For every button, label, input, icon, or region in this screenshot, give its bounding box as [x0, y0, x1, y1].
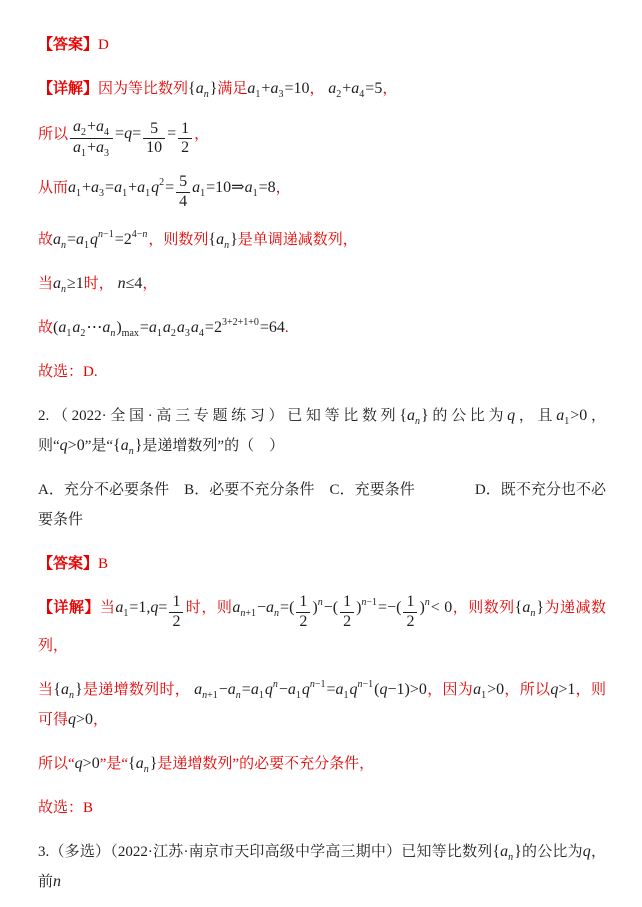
superscript: n	[318, 598, 323, 608]
subscript: 1	[81, 149, 86, 159]
subscript: n	[274, 609, 279, 619]
superscript: 4−n	[132, 230, 148, 240]
subscript: 1	[481, 691, 486, 701]
math-expression: {an}	[208, 231, 237, 248]
math-expression: an≥1	[53, 275, 84, 292]
text-run: 故选：D.	[38, 364, 98, 380]
text-run: ”是“	[100, 756, 128, 772]
math-expression: n≤4	[118, 275, 143, 292]
choice-q1: 故选：D.	[38, 357, 606, 387]
subscript: 1	[253, 189, 258, 199]
options-q2: A．充分不必要条件 B．必要不充分条件 C．充要条件 D．既不充分也不必要条件	[38, 475, 606, 535]
fraction: 510	[143, 120, 165, 158]
text-run: 3.（多选）（2022·江苏·南京市天印高级中学高三期中）已知等比数列	[38, 844, 492, 860]
subscript: n	[61, 285, 66, 295]
fraction: a2+a4a1+a3	[70, 118, 113, 159]
detail-q1-general-term: 故an=a1qn−1=24−n，则数列{an}是单调递减数列，	[38, 225, 606, 255]
text-run: 是递增数列”的（ ）	[142, 438, 284, 454]
text-run: ，	[93, 712, 108, 728]
math-expression: a1>0	[473, 681, 504, 698]
subscript: 1	[296, 691, 301, 701]
fraction: 12	[340, 593, 354, 631]
subscript: 3	[99, 189, 104, 199]
text-run: 的公比为	[429, 408, 507, 424]
fraction: 54	[176, 173, 190, 211]
math-expression: a1>0	[556, 407, 587, 424]
subscript: 3	[104, 149, 109, 159]
subscript: 1	[123, 609, 128, 619]
text-run: ”是“	[85, 438, 113, 454]
text-run: ，	[309, 81, 328, 97]
subscript: 1	[84, 241, 89, 251]
detail-q1-max: 故(a1a2⋯an)max=a1a2a3a4=23+2+1+0=64.	[38, 313, 606, 343]
subscript: n	[508, 853, 513, 863]
superscript: 3+2+1+0	[222, 318, 259, 328]
superscript: n	[425, 598, 430, 608]
text-run: ，	[142, 276, 157, 292]
choice-q2: 故选：B	[38, 793, 606, 823]
subscript: 3	[278, 90, 283, 100]
text-run: ，	[382, 81, 397, 97]
text-run: 故	[38, 232, 53, 248]
document-page: 【答案】D【详解】因为等比数列{an}满足a1+a3=10， a2+a4=5，所…	[0, 0, 642, 907]
detail-q1-condition: 当an≥1时， n≤4，	[38, 269, 606, 299]
subscript: n	[69, 691, 74, 701]
math-expression: a1=1,q=12	[115, 599, 185, 616]
subscript: n	[224, 241, 229, 251]
text-run: .	[285, 320, 289, 336]
subscript: max	[122, 329, 139, 339]
text-run: 的公比为	[522, 844, 583, 860]
superscript: 2	[159, 178, 164, 188]
math-expression: {an}	[188, 80, 217, 97]
text-run: 时，	[84, 276, 118, 292]
subscript: 1	[66, 329, 71, 339]
fraction: 12	[296, 593, 310, 631]
fraction: 12	[169, 593, 183, 631]
detail-q2-necessity: 当{an}是递增数列时， an+1−an=a1qn−a1qn−1=a1qn−1(…	[38, 675, 606, 735]
subscript: 4	[199, 329, 204, 339]
subscript: n	[415, 417, 420, 427]
subscript: 2	[80, 329, 85, 339]
section-label: 【答案】	[38, 37, 98, 53]
superscript: n−1	[98, 230, 114, 240]
superscript: n−1	[310, 680, 326, 690]
math-expression: n	[53, 873, 61, 890]
subscript: 1	[157, 329, 162, 339]
math-expression: {an}	[492, 843, 521, 860]
section-label: 【详解】	[38, 600, 100, 616]
answer-q1: 【答案】D	[38, 30, 606, 60]
section-label: 【详解】	[38, 81, 98, 97]
math-expression: an+1−an=a1qn−a1qn−1=a1qn−1(q−1)>0	[194, 681, 427, 698]
detail-q1-ratio: 所以a2+a4a1+a3=q=510=12，	[38, 118, 606, 159]
text-run: 故选：B	[38, 800, 93, 816]
subscript: 3	[185, 329, 190, 339]
text-run: 所以	[38, 126, 68, 142]
math-expression: q>0	[75, 755, 100, 772]
superscript: n−1	[358, 680, 374, 690]
subscript: 1	[564, 417, 569, 427]
text-run: 当	[38, 276, 53, 292]
text-run: D	[98, 37, 109, 53]
subscript: 1	[255, 90, 260, 100]
subscript: n	[61, 241, 66, 251]
text-run: ，则数列	[452, 600, 514, 616]
text-run: 当	[100, 600, 115, 616]
subscript: n	[530, 609, 535, 619]
math-expression: a2+a4=5	[328, 80, 382, 97]
math-expression: q	[507, 407, 515, 424]
math-expression: {an}	[399, 407, 428, 424]
text-run: 2.（2022·全国·高三专题练习）已知等比数列	[38, 408, 399, 424]
subscript: n	[236, 691, 241, 701]
text-run: 所以“	[38, 756, 75, 772]
math-expression: a1+a3=a1+a1q2=54a1=10⇒a1=8	[68, 179, 276, 196]
detail-q1-a1: 从而a1+a3=a1+a1q2=54a1=10⇒a1=8，	[38, 173, 606, 211]
text-run: 时，则	[185, 600, 232, 616]
text-run: ，所以	[504, 682, 550, 698]
subscript: n+1	[202, 691, 218, 701]
math-expression: {an}	[515, 599, 544, 616]
question-2: 2.（2022·全国·高三专题练习）已知等比数列{an}的公比为q，且a1>0，…	[38, 401, 606, 461]
text-run: B	[98, 556, 108, 572]
fraction: 12	[403, 593, 417, 631]
math-expression: {an}	[128, 755, 157, 772]
subscript: 2	[81, 128, 86, 138]
document-content: 【答案】D【详解】因为等比数列{an}满足a1+a3=10， a2+a4=5，所…	[38, 30, 606, 897]
detail-q2-conclusion: 所以“q>0”是“{an}是递增数列”的必要不充分条件，	[38, 749, 606, 779]
math-expression: q	[583, 843, 591, 860]
subscript: 1	[122, 189, 127, 199]
subscript: 1	[259, 691, 264, 701]
answer-q2: 【答案】B	[38, 549, 606, 579]
subscript: n	[204, 90, 209, 100]
subscript: 2	[171, 329, 176, 339]
math-expression: {an}	[53, 681, 82, 698]
subscript: 1	[76, 189, 81, 199]
text-run: 从而	[38, 180, 68, 196]
math-expression: a2+a4a1+a3=q=510=12	[68, 125, 194, 142]
text-run: 是递增数列时，	[83, 682, 194, 698]
math-expression: a1+a3=10	[247, 80, 309, 97]
math-expression: q>1	[550, 681, 575, 698]
subscript: n	[110, 329, 115, 339]
subscript: 1	[145, 189, 150, 199]
subscript: 2	[336, 90, 341, 100]
detail-q1-intro: 【详解】因为等比数列{an}满足a1+a3=10， a2+a4=5，	[38, 74, 606, 104]
superscript: n	[273, 680, 278, 690]
text-run: 满足	[217, 81, 247, 97]
text-run: 是递增数列”的必要不充分条件，	[157, 756, 374, 772]
fraction: 12	[178, 120, 192, 158]
subscript: 4	[104, 128, 109, 138]
subscript: 1	[344, 691, 349, 701]
text-run: ，	[194, 126, 209, 142]
math-expression: an=a1qn−1=24−n	[53, 231, 148, 248]
text-run: ，且	[515, 408, 556, 424]
math-expression: an+1−an=(12)n−(12)n−1=−(12)n< 0	[232, 599, 452, 616]
subscript: n	[144, 765, 149, 775]
superscript: n−1	[361, 598, 377, 608]
text-run: 因为等比数列	[98, 81, 188, 97]
detail-q2-counterexample: 【详解】当a1=1,q=12时，则an+1−an=(12)n−(12)n−1=−…	[38, 593, 606, 661]
text-run: 当	[38, 682, 53, 698]
text-run: A．充分不必要条件 B．必要不充分条件 C．充要条件 D．既不充分也不必要条件	[38, 482, 606, 528]
text-run: ，则数列	[148, 232, 208, 248]
text-run: 是单调递减数列，	[238, 232, 358, 248]
math-expression: q>0	[68, 711, 93, 728]
math-expression: {an}	[113, 437, 142, 454]
subscript: 4	[359, 90, 364, 100]
text-run: ，因为	[427, 682, 473, 698]
subscript: n+1	[240, 609, 256, 619]
text-run: ，	[276, 180, 291, 196]
subscript: 1	[200, 189, 205, 199]
math-expression: q>0	[60, 437, 85, 454]
question-3: 3.（多选）（2022·江苏·南京市天印高级中学高三期中）已知等比数列{an}的…	[38, 837, 606, 897]
math-expression: (a1a2⋯an)max=a1a2a3a4=23+2+1+0=64	[53, 319, 285, 336]
text-run: 故	[38, 320, 53, 336]
section-label: 【答案】	[38, 556, 98, 572]
subscript: n	[129, 447, 134, 457]
